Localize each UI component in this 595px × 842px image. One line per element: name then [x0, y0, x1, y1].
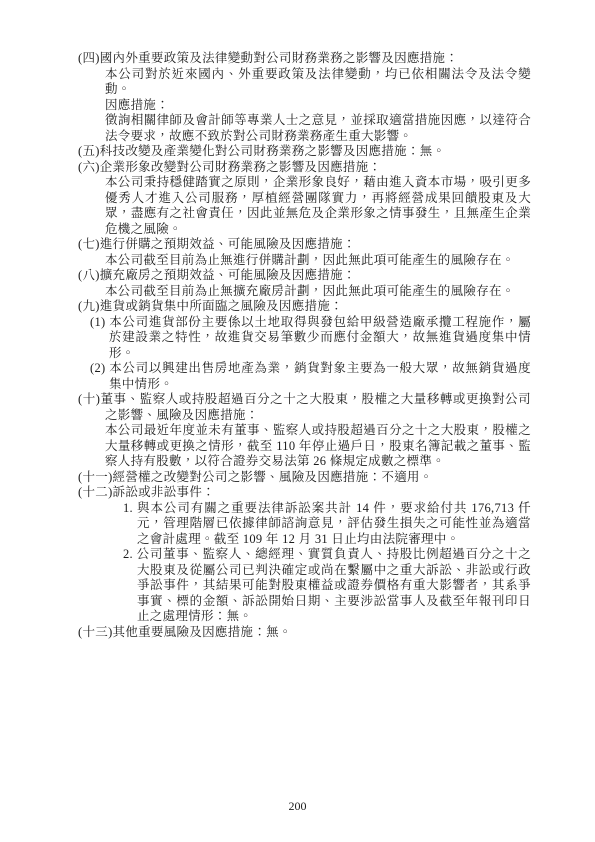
section-4-heading: (四)國內外重要政策及法律變動對公司財務業務之影響及因應措施： [78, 51, 531, 67]
section-9-heading: (九)進貨或銷貨集中所面臨之風險及因應措施： [78, 299, 531, 315]
section-4-body-2: 徵詢相關律師及會計師等專業人士之意見，並採取適當措施因應，以達符合法令要求，故應… [78, 113, 531, 144]
section-8-heading: (八)擴充廠房之預期效益、可能風險及因應措施： [78, 268, 531, 284]
section-12-item-2: 2. 公司董事、監察人、總經理、實質負責人、持股比例超過百分之十之大股東及從屬公… [78, 547, 531, 625]
section-9-subitem-1: (1) 本公司進貨部份主要係以土地取得與發包給甲級營造廠承攬工程施作，屬於建設業… [78, 315, 531, 362]
section-6-heading: (六)企業形象改變對公司財務業務之影響及因應措施： [78, 160, 531, 176]
section-11-heading: (十一)經營權之改變對公司之影響、風險及因應措施：不適用。 [78, 470, 531, 486]
document-body: (四)國內外重要政策及法律變動對公司財務業務之影響及因應措施： 本公司對於近來國… [78, 51, 531, 640]
document-page: (四)國內外重要政策及法律變動對公司財務業務之影響及因應措施： 本公司對於近來國… [0, 0, 595, 842]
section-10-heading: (十)董事、監察人或持股超過百分之十之大股東，股權之大量移轉或更換對公司之影響、… [78, 392, 531, 423]
page-number: 200 [0, 799, 595, 814]
section-4-body: 本公司對於近來國內、外重要政策及法律變動，均已依相關法令及法令變動。 [78, 67, 531, 98]
section-9-subitem-2: (2) 本公司以興建出售房地產為業，銷貨對象主要為一般大眾，故無銷貨過度集中情形… [78, 361, 531, 392]
section-6-body: 本公司秉持穩健踏實之原則，企業形象良好，藉由進入資本市場，吸引更多優秀人才進入公… [78, 175, 531, 237]
section-7-heading: (七)進行併購之預期效益、可能風險及因應措施： [78, 237, 531, 253]
section-12-item-1: 1. 與本公司有關之重要法律訴訟案共計 14 件，要求給付共 176,713 仟… [78, 501, 531, 548]
section-7-body: 本公司截至目前為止無進行併購計劃，因此無此項可能產生的風險存在。 [78, 253, 531, 269]
section-12-heading: (十二)訴訟或非訟事件： [78, 485, 531, 501]
section-5-heading: (五)科技改變及產業變化對公司財務業務之影響及因應措施：無。 [78, 144, 531, 160]
section-8-body: 本公司截至目前為止無擴充廠房計劃，因此無此項可能產生的風險存在。 [78, 284, 531, 300]
section-13-heading: (十三)其他重要風險及因應措施：無。 [78, 625, 531, 641]
section-4-subhead: 因應措施： [78, 98, 531, 114]
section-10-body: 本公司最近年度並未有董事、監察人或持股超過百分之十之大股東，股權之大量移轉或更換… [78, 423, 531, 470]
